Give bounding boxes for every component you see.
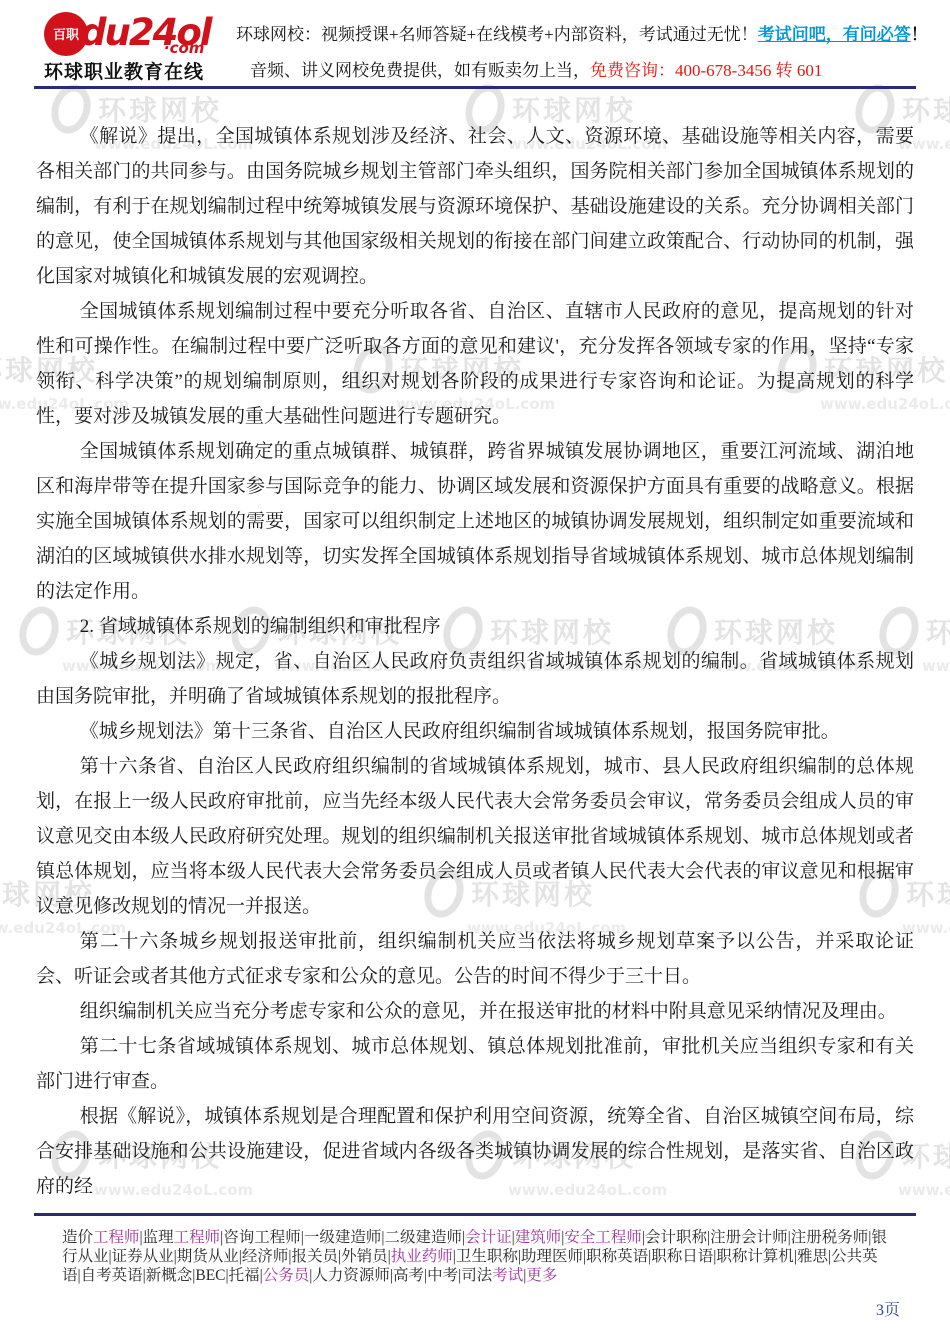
footer-link[interactable]: 中考 [427,1267,458,1284]
header: 百职 du24ol ·com 环球职业教育在线 环球网校：视频授课+名师答疑+在… [44,12,915,84]
paragraph: 根据《解说》，城镇体系规划是合理配置和保护利用空间资源，统筹全省、自治区城镇空间… [36,1099,914,1204]
footer-link[interactable]: 托福 [229,1267,260,1284]
paragraph: 第二十七条省域城镇体系规划、城市总体规划、镇总体规划批准前，审批机关应当组织专家… [36,1029,914,1099]
exam-qa-link[interactable]: 考试问吧，有问必答 [758,25,911,44]
paragraph: 《城乡规划法》第十三条省、自治区人民政府组织编制省域城镇体系规划，报国务院审批。 [36,714,914,749]
paragraph: 2. 省域城镇体系规划的编制组织和审批程序 [36,609,914,644]
footer-link[interactable]: 注册税务师 [791,1229,869,1246]
footer-link[interactable]: 建筑师 [515,1229,562,1246]
footer-link[interactable]: 会计职称 [645,1229,707,1246]
footer-link[interactable]: 注册会计师 [710,1229,788,1246]
footer-divider [34,1213,916,1216]
footer-link[interactable]: 期货从业 [177,1248,239,1265]
phone-number: 免费咨询：400-678-3456 转 601 [590,61,822,80]
document-page: 环球网校www.edu24oL.com环球网校www.edu24oL.com环球… [0,0,950,1344]
header-line1: 环球网校：视频授课+名师答疑+在线模考+内部资料，考试通过无忧！考试问吧，有问必… [236,20,928,45]
paragraph: 《城乡规划法》规定，省、自治区人民政府负责组织省域城镇体系规划的编制。省域城镇体… [36,644,914,714]
footer-link[interactable]: 司法考试 [461,1267,523,1284]
footer-link[interactable]: 咨询工程师 [223,1229,301,1246]
footer-link[interactable]: 会计证 [465,1229,512,1246]
body-content: 《解说》提出，全国城镇体系规划涉及经济、社会、人文、资源环境、基础设施等相关内容… [36,119,914,1204]
footer-link[interactable]: 职称日语 [651,1248,713,1265]
footer-link[interactable]: 外销员 [341,1248,388,1265]
logo-tagline: 环球职业教育在线 [44,57,226,84]
footer-link[interactable]: 经济师 [242,1248,289,1265]
footer-link[interactable]: 卫生职称 [456,1248,518,1265]
footer-link[interactable]: 报关员 [292,1248,339,1265]
paragraph: 第十六条省、自治区人民政府组织编制的省域城镇体系规划，城市、县人民政府组织编制的… [36,749,914,924]
header-divider [34,86,916,89]
footer-link[interactable]: 更多 [526,1267,557,1284]
footer-link[interactable]: 职称计算机 [716,1248,794,1265]
footer-link[interactable]: 高考 [393,1267,424,1284]
edu24ol-logo: 百职 du24ol ·com 环球职业教育在线 [44,12,226,84]
paragraph: 全国城镇体系规划编制过程中要充分听取各省、自治区、直辖市人民政府的意见，提高规划… [36,294,914,434]
header-line1-suffix: ！ [911,25,928,44]
footer-link[interactable]: 执业药师 [391,1248,453,1265]
watermark-url: www.edu24oL.com [922,657,950,675]
footer-link[interactable]: 新概念 [146,1267,193,1284]
header-line2-text: 音频、讲义网校免费提供，如有贩卖勿上当， [250,61,590,80]
footer-links: 造价工程师|监理工程师|咨询工程师|一级建造师|二级建造师|会计证|建筑师|安全… [62,1228,894,1285]
paragraph: 组织编制机关应当充分考虑专家和公众的意见，并在报送审批的材料中附具意见采纳情况及… [36,994,914,1029]
header-line2: 音频、讲义网校免费提供，如有贩卖勿上当，免费咨询：400-678-3456 转 … [250,56,928,81]
footer-link[interactable]: 助理医师 [521,1248,583,1265]
footer-link[interactable]: 安全工程师 [564,1229,642,1246]
footer-link[interactable]: 自考英语 [81,1267,143,1284]
footer-link[interactable]: 公务员 [263,1267,310,1284]
footer-link[interactable]: 造价工程师 [62,1229,140,1246]
footer-link[interactable]: 监理工程师 [143,1229,221,1246]
footer-link[interactable]: 职称英语 [586,1248,648,1265]
header-text: 环球网校：视频授课+名师答疑+在线模考+内部资料，考试通过无忧！考试问吧，有问必… [236,12,928,84]
footer-link[interactable]: 人力资源师 [312,1267,390,1284]
watermark-brand: 环球网校 [926,611,950,651]
page-number: 3页 [876,1297,900,1320]
paragraph: 第二十六条城乡规划报送审批前，组织编制机关应当依法将城乡规划草案予以公告，并采取… [36,924,914,994]
footer-link[interactable]: 二级建造师 [385,1229,463,1246]
header-line1-text: 环球网校：视频授课+名师答疑+在线模考+内部资料，考试通过无忧！ [236,25,758,44]
paragraph: 全国城镇体系规划确定的重点城镇群、城镇群，跨省界城镇发展协调地区，重要江河流域、… [36,434,914,609]
paragraph: 《解说》提出，全国城镇体系规划涉及经济、社会、人文、资源环境、基础设施等相关内容… [36,119,914,294]
footer-link[interactable]: 一级建造师 [304,1229,382,1246]
footer-link[interactable]: 证券从业 [112,1248,174,1265]
footer-link[interactable]: 雅思 [797,1248,828,1265]
footer-link[interactable]: BEC [195,1267,225,1284]
